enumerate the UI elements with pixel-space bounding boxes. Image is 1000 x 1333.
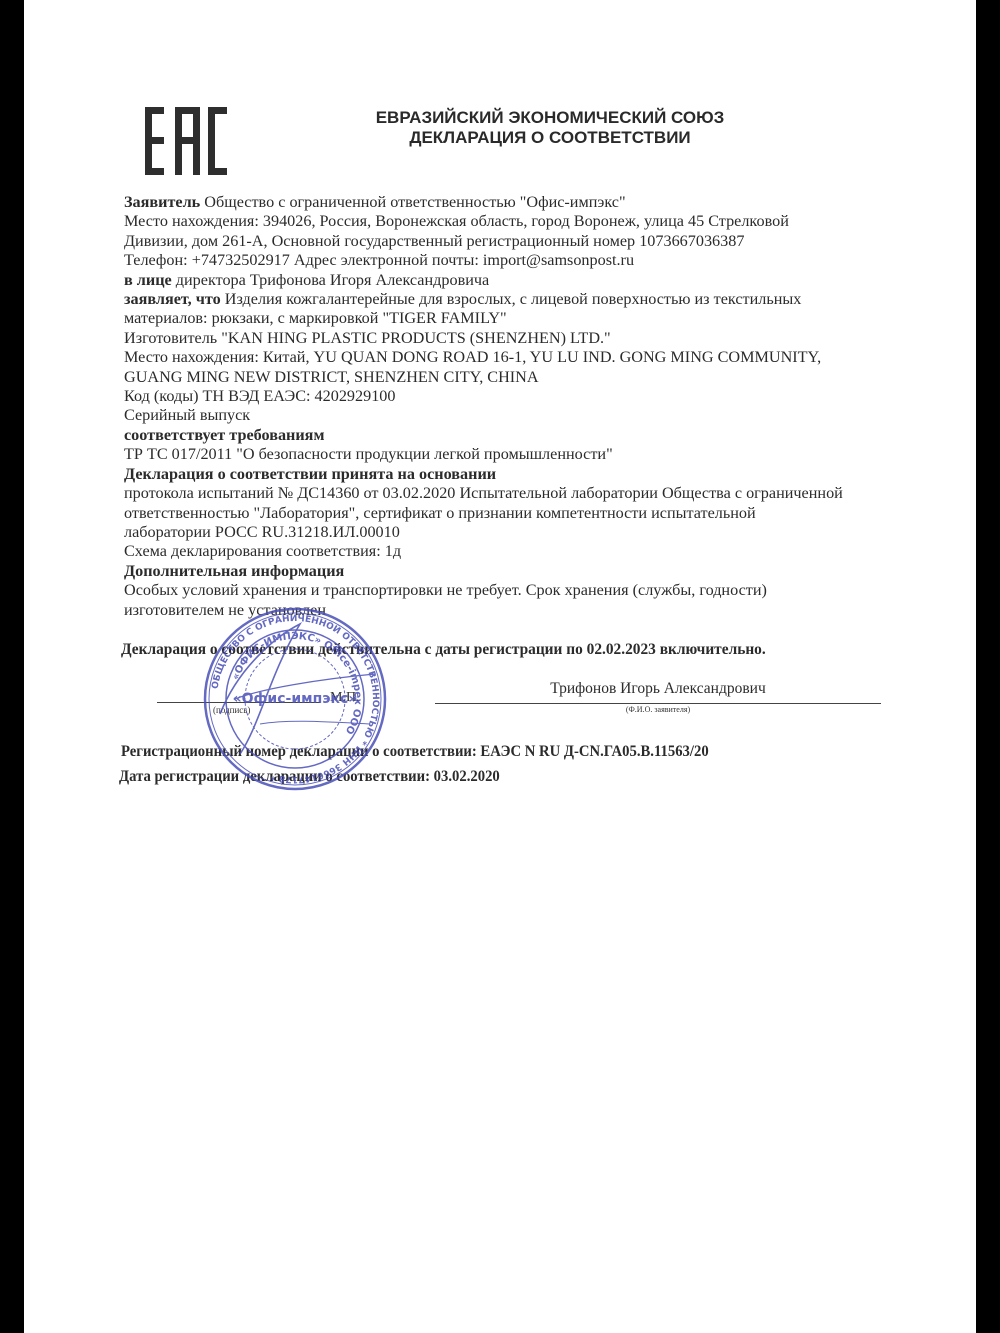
represented-by: директора Трифонова Игоря Александровича <box>172 271 490 289</box>
additional-info-2: изготовителем не установлен <box>124 601 904 620</box>
registration-number: Регистрационный номер декларации о соотв… <box>121 743 709 761</box>
manufacturer-address-1: Место нахождения: Китай, YU QUAN DONG RO… <box>124 348 904 367</box>
applicant-address-1: Место нахождения: 394026, Россия, Вороне… <box>124 212 904 231</box>
signer-caption: (Ф.И.О. заявителя) <box>435 705 881 714</box>
represented-line: в лице директора Трифонова Игоря Алексан… <box>124 271 904 290</box>
applicant-line: Заявитель Общество с ограниченной ответс… <box>124 193 904 212</box>
basis-line-2: ответственностью "Лаборатория", сертифик… <box>124 504 904 523</box>
registration-date: Дата регистрации декларации о соответств… <box>119 768 500 786</box>
document-title: ЕВРАЗИЙСКИЙ ЭКОНОМИЧЕСКИЙ СОЮЗ ДЕКЛАРАЦИ… <box>300 108 800 148</box>
signature-caption: (подпись) <box>213 705 250 715</box>
applicant-name: Общество с ограниченной ответственностью… <box>200 193 625 211</box>
applicant-address-2: Дивизии, дом 261-А, Основной государстве… <box>124 232 904 251</box>
manufacturer-address-2: GUANG MING NEW DISTRICT, SHENZHEN CITY, … <box>124 368 904 387</box>
declaration-page: ЕВРАЗИЙСКИЙ ЭКОНОМИЧЕСКИЙ СОЮЗ ДЕКЛАРАЦИ… <box>24 0 976 1333</box>
basis-line-3: лаборатории РОСС RU.31218.ИЛ.00010 <box>124 523 904 542</box>
applicant-contacts: Телефон: +74732502917 Адрес электронной … <box>124 251 904 270</box>
signature-line <box>157 702 320 703</box>
product-line: заявляет, что Изделия кожгалантерейные д… <box>124 290 904 309</box>
product-description-2: материалов: рюкзаки, с маркировкой "TIGE… <box>124 309 904 328</box>
regulation: ТР ТС 017/2011 "О безопасности продукции… <box>124 445 904 464</box>
represented-label: в лице <box>124 271 172 289</box>
signer-name-line <box>435 703 881 704</box>
additional-info-label: Дополнительная информация <box>124 562 904 581</box>
eac-logo-icon <box>145 107 227 175</box>
title-union: ЕВРАЗИЙСКИЙ ЭКОНОМИЧЕСКИЙ СОЮЗ <box>300 108 800 128</box>
additional-info-1: Особых условий хранения и транспортировк… <box>124 581 904 600</box>
product-description-1: Изделия кожгалантерейные для взрослых, с… <box>221 290 802 308</box>
title-declaration: ДЕКЛАРАЦИЯ О СООТВЕТСТВИИ <box>300 128 800 148</box>
company-stamp-icon: ОБЩЕСТВО С ОГРАНИЧЕННОЙ ОТВЕТСТВЕННОСТЬЮ… <box>200 604 390 794</box>
production-type: Серийный выпуск <box>124 406 904 425</box>
declaration-body: Заявитель Общество с ограниченной ответс… <box>124 193 904 620</box>
basis-line-1: протокола испытаний № ДС14360 от 03.02.2… <box>124 484 904 503</box>
declaration-scheme: Схема декларирования соответствия: 1д <box>124 542 904 561</box>
validity-statement: Декларация о соответствии действительна … <box>121 640 766 659</box>
tn-ved-code: Код (коды) ТН ВЭД ЕАЭС: 4202929100 <box>124 387 904 406</box>
basis-label: Декларация о соответствии принята на осн… <box>124 465 904 484</box>
signer-name: Трифонов Игорь Александрович <box>435 680 881 698</box>
applicant-label: Заявитель <box>124 193 200 211</box>
requirements-label: соответствует требованиям <box>124 426 904 445</box>
declares-label: заявляет, что <box>124 290 221 308</box>
manufacturer-line: Изготовитель "KAN HING PLASTIC PRODUCTS … <box>124 329 904 348</box>
seal-label: М.П. <box>330 690 360 706</box>
